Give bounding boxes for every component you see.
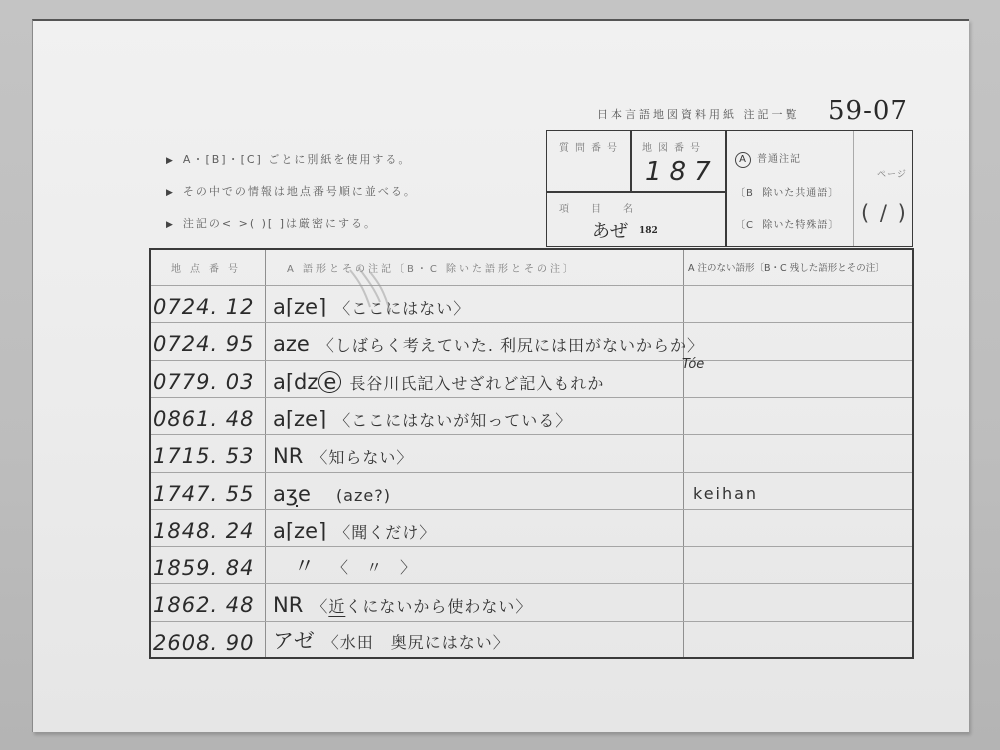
notes-table: 地点番号 A 語形とその注記〔B・C 除いた語形とその注〕 A 注のない語形〔B… [149,248,914,659]
header-location: 地点番号 [171,260,247,275]
text-segment: 〈水田 奥尻にはない〉 [323,633,510,652]
word-form-cell: aʒe (aze?) [273,482,391,506]
text-segment: 〈しばらく考えていた. 利尻には田がないからか〉 [318,336,704,355]
text-segment: 長谷川氏記入せざれど記入もれか [349,374,604,393]
row-annotation: Tóe [682,357,704,372]
table-row: 0724. 95aze〈しばらく考えていた. 利尻には田がないからか〉 [151,322,912,359]
location-number: 1859. 84 [153,556,255,580]
pencil-smudge [340,262,410,322]
word-note: 〈水田 奥尻にはない〉 [323,633,510,652]
page-value: ( / ) [861,201,908,225]
location-number: 0779. 03 [153,370,255,394]
text-segment: a⌈dz [273,370,318,394]
word-note: 〈 〃 〉 [323,558,417,577]
word-form-cell: a⌈dze長谷川氏記入せざれど記入もれか [273,370,604,394]
location-number: 0861. 48 [153,407,255,431]
location-number: 2608. 90 [153,631,255,655]
item-code: 182 [639,226,658,236]
word-form-cell: a⌈ze⌉〈聞くだけ〉 [273,519,436,543]
instruction-text: その中での情報は地点番号順に並べる。 [183,185,417,198]
word-form: NR [273,444,303,468]
word-form-cell: 〃 〈 〃 〉 [273,550,417,580]
table-row: 0861. 48a⌈ze⌉〈ここにはないが知っている〉 [151,397,912,434]
category-a-mark: A [735,152,751,168]
category-b-label: 除いた共通語〕 [762,188,839,199]
location-number: 0724. 12 [153,295,255,319]
word-note: 〈近くにないから使わない〉 [311,597,532,616]
text-segment: 〈ここにはないが知っている〉 [334,411,572,430]
header-form-notes: A 語形とその注記〔B・C 除いた語形とその注〕 [287,260,576,275]
word-form: a⌈dze [273,370,341,394]
table-row: 2608. 90アゼ〈水田 奥尻にはない〉 [151,621,912,658]
instruction-text: 注記の< >( )[ ]は厳密にする。 [183,217,377,230]
text-segment: 〈聞くだけ〉 [334,523,436,542]
triangle-bullet-icon: ▶ [166,220,173,230]
text-segment: 〈 〃 〉 [323,558,417,577]
location-number: 1747. 55 [153,482,255,506]
table-row: 1715. 53NR〈知らない〉 [151,434,912,471]
instruction-3: ▶注記の< >( )[ ]は厳密にする。 [166,215,377,231]
triangle-bullet-icon: ▶ [166,156,173,166]
word-form: a⌈ze⌉ [273,295,326,319]
map-number-label: 地図番号 [642,139,706,154]
word-form: アゼ [273,629,315,653]
word-form: 〃 [273,554,315,578]
text-segment: くにないから使わない〉 [345,597,532,616]
item-name-value: あぜ [592,217,628,243]
word-note: 〈聞くだけ〉 [334,523,436,542]
header-forms-without-notes: A 注のない語形〔B・C 残した語形とその注〕 [688,260,885,274]
word-form: a⌈ze⌉ [273,519,326,543]
category-a[interactable]: A普通注記 [735,150,801,168]
divider [725,131,727,246]
word-note: (aze?) [319,486,391,505]
table-row: 1747. 55aʒe (aze?)keihan [151,472,912,509]
info-box: 質問番号 地図番号 187 項目名 あぜ 182 A普通注記 〔B 除いた共通語… [546,130,913,247]
word-form-cell: アゼ〈水田 奥尻にはない〉 [273,625,510,655]
word-form-cell: a⌈ze⌉〈ここにはないが知っている〉 [273,407,572,431]
text-segment: aze [273,332,310,356]
word-form: aʒe [273,482,311,506]
location-number: 1715. 53 [153,444,255,468]
question-number-label: 質問番号 [559,139,623,154]
instruction-2: ▶その中での情報は地点番号順に並べる。 [166,183,417,199]
instruction-1: ▶A・[B]・[C] ごとに別紙を使用する。 [166,151,411,167]
word-note: 〈しばらく考えていた. 利尻には田がないからか〉 [318,336,704,355]
page-label: ページ [877,167,907,180]
word-form-cell: NR〈近くにないから使わない〉 [273,593,532,617]
divider [853,131,854,246]
triangle-bullet-icon: ▶ [166,188,173,198]
word-note: 長谷川氏記入せざれど記入もれか [349,374,604,393]
word-note: 〈ここにはないが知っている〉 [334,411,572,430]
category-c[interactable]: 〔C 除いた特殊語〕 [735,216,839,231]
table-row: 0779. 03a⌈dze長谷川氏記入せざれど記入もれか [151,360,912,397]
form-without-note: keihan [693,484,758,503]
text-segment: a⌈ze⌉ [273,407,326,431]
word-note: 〈知らない〉 [311,448,413,467]
text-segment: ʒ [286,482,298,506]
item-name-label: 項目名 [559,200,655,215]
text-segment: 〃 [273,554,315,578]
location-number: 1862. 48 [153,593,255,617]
text-segment: 〈知らない〉 [311,448,413,467]
form-title: 日本言語地図資料用紙 注記一覧 [597,106,800,122]
sheet-number: 59-07 [828,96,908,126]
category-b[interactable]: 〔B 除いた共通語〕 [735,184,839,199]
location-number: 0724. 95 [153,332,255,356]
word-form-cell: NR〈知らない〉 [273,444,413,468]
word-form: NR [273,593,303,617]
table-row: 0724. 12a⌈ze⌉〈ここにはない〉 [151,285,912,322]
word-form-cell: aze〈しばらく考えていた. 利尻には田がないからか〉 [273,332,704,356]
category-b-mark: 〔B [735,188,754,199]
category-c-mark: 〔C [735,220,754,231]
table-row: 1859. 84 〃 〈 〃 〉 [151,546,912,583]
divider [630,131,632,191]
text-segment: e [318,371,341,393]
text-segment: a⌈ze⌉ [273,519,326,543]
divider [547,191,726,193]
location-number: 1848. 24 [153,519,255,543]
word-form: a⌈ze⌉ [273,407,326,431]
text-segment: NR [273,444,303,468]
text-segment: 近 [328,597,345,616]
text-segment: アゼ [273,629,315,653]
text-segment: NR [273,593,303,617]
text-segment: 〈 [311,597,328,616]
table-row: 1848. 24a⌈ze⌉〈聞くだけ〉 [151,509,912,546]
word-form: aze [273,332,310,356]
table-row: 1862. 48NR〈近くにないから使わない〉 [151,583,912,620]
category-a-label: 普通注記 [757,154,801,165]
category-c-label: 除いた特殊語〕 [762,220,839,231]
text-segment: (aze?) [319,486,391,505]
text-segment: a⌈ze⌉ [273,295,326,319]
map-number-value: 187 [645,157,719,187]
text-segment: a [273,482,286,506]
text-segment: e [298,482,311,506]
instruction-text: A・[B]・[C] ごとに別紙を使用する。 [183,153,411,166]
